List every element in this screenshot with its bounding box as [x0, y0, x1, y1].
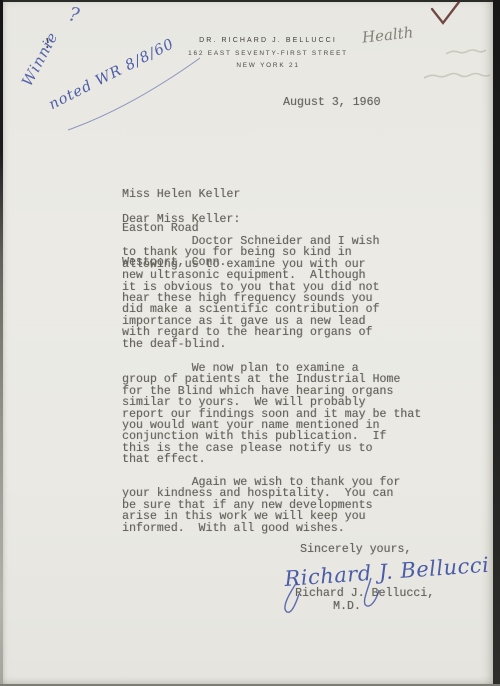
- signature-script-text: Richard J. Bellucci: [283, 553, 490, 591]
- recipient-name: Miss Helen Keller: [122, 189, 240, 200]
- handwritten-signature: Richard J. Bellucci: [275, 548, 495, 618]
- letterhead-street: 162 EAST SEVENTY-FIRST STREET: [168, 50, 368, 57]
- body-paragraph-2: We now plan to examine a group of patien…: [122, 363, 421, 466]
- letterhead-name: DR. RICHARD J. BELLUCCI: [168, 37, 368, 44]
- scan-edge-top: [0, 0, 500, 2]
- check-mark: [428, 0, 464, 28]
- body-paragraph-3: Again we wish to thank you for your kind…: [122, 477, 400, 534]
- date-line: August 3, 1960: [283, 97, 380, 108]
- scanned-letter-page: Winnie ? noted WR 8/8/60 Health DR. RICH…: [0, 0, 500, 686]
- ink-speck: [44, 37, 52, 49]
- letterhead-city: NEW YORK 21: [168, 62, 368, 69]
- body-paragraph-1: Doctor Schneider and I wish to thank you…: [122, 236, 379, 350]
- salutation: Dear Miss Keller:: [122, 214, 240, 225]
- faint-pencil-marks: [420, 42, 498, 90]
- letterhead: DR. RICHARD J. BELLUCCI 162 EAST SEVENTY…: [168, 37, 368, 69]
- scan-edge-left: [0, 0, 3, 686]
